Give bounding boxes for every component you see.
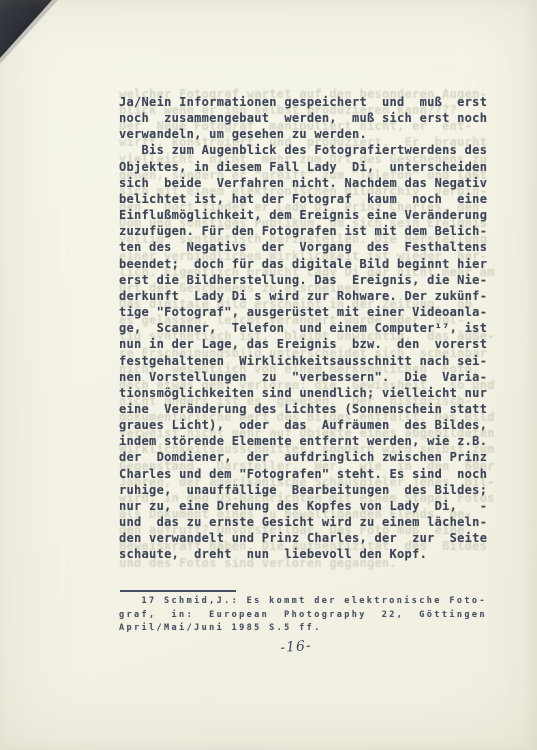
footnote-text: 17 Schmid,J.: Es kommt der elektronische… xyxy=(119,595,487,636)
page-number: -16- xyxy=(266,637,327,657)
body-text: Ja/Nein Informationen gespeichert und mu… xyxy=(119,94,487,563)
footnote-separator xyxy=(120,590,236,592)
scanned-page: welcher Fotograf wartet auf den besonder… xyxy=(0,0,537,750)
